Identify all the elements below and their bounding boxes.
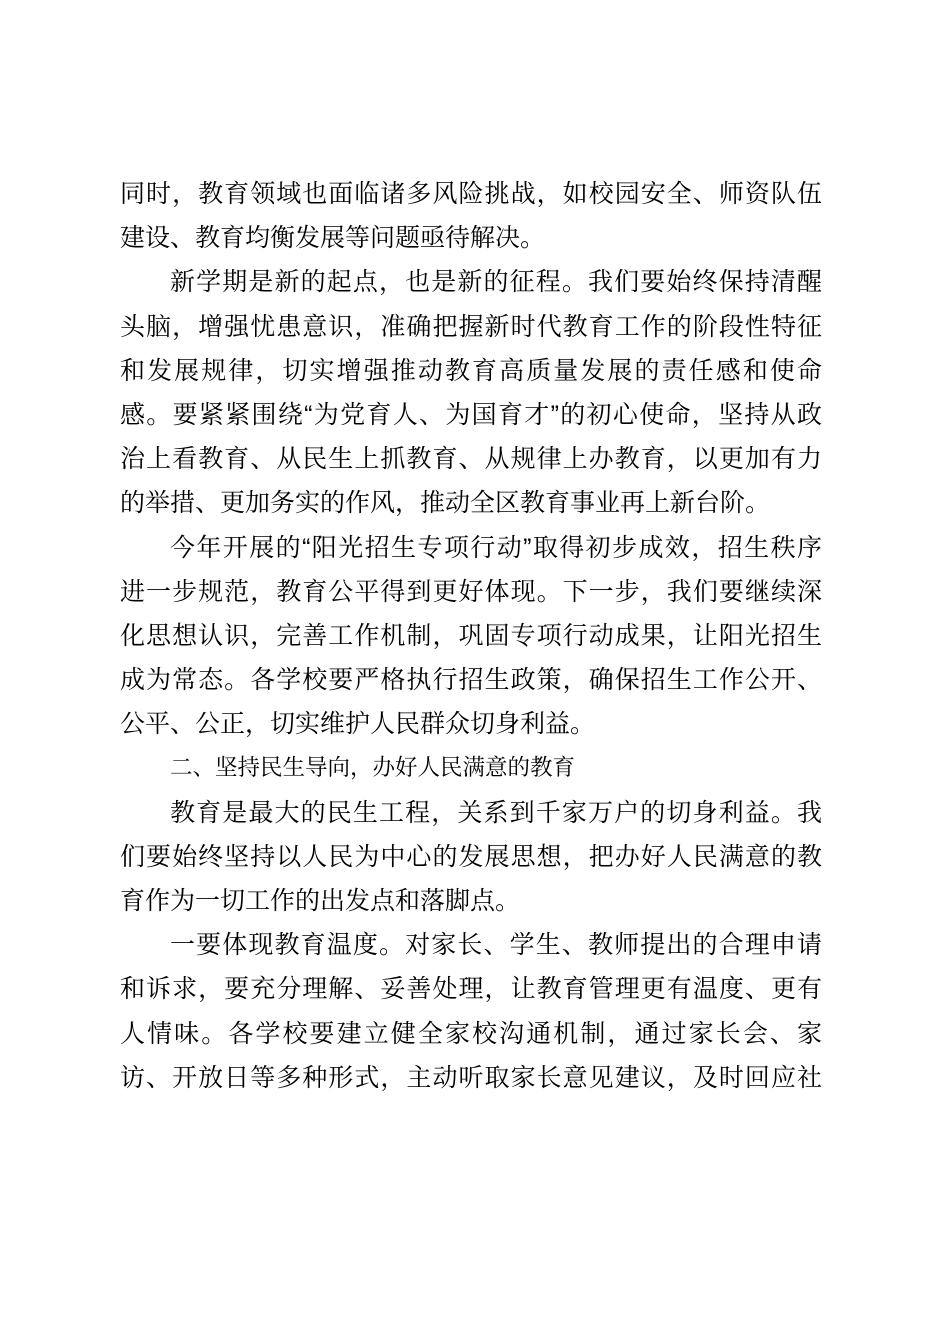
text-line: 访、开放日等多种形式，主动听取家长意见建议，及时回应社 bbox=[120, 1056, 822, 1100]
text-line: 们要始终坚持以人民为中心的发展思想，把办好人民满意的教 bbox=[120, 835, 822, 879]
text-line: 治上看教育、从民生上抓教育、从规律上办教育，以更加有力 bbox=[120, 437, 822, 481]
text-line: 建设、教育均衡发展等问题亟待解决。 bbox=[120, 216, 822, 260]
text-line: 化思想认识，完善工作机制，巩固专项行动成果，让阳光招生 bbox=[120, 614, 822, 658]
text-line: 今年开展的“阳光招生专项行动”取得初步成效，招生秩序 bbox=[120, 526, 822, 570]
paragraph: 一要体现教育温度。对家长、学生、教师提出的合理申请 和诉求，要充分理解、妥善处理… bbox=[120, 923, 822, 1100]
text-line: 和发展规律，切实增强推动教育高质量发展的责任感和使命 bbox=[120, 349, 822, 393]
paragraph: 二、坚持民生导向，办好人民满意的教育 bbox=[120, 746, 822, 790]
text-line: 感。要紧紧围绕“为党育人、为国育才”的初心使命，坚持从政 bbox=[120, 393, 822, 437]
text-line: 的举措、更加务实的作风，推动全区教育事业再上新台阶。 bbox=[120, 481, 822, 525]
text-line: 公平、公正，切实维护人民群众切身利益。 bbox=[120, 702, 822, 746]
text-line: 成为常态。各学校要严格执行招生政策，确保招生工作公开、 bbox=[120, 658, 822, 702]
text-line: 和诉求，要充分理解、妥善处理，让教育管理更有温度、更有 bbox=[120, 967, 822, 1011]
paragraph: 同时，教育领域也面临诸多风险挑战，如校园安全、师资队伍 建设、教育均衡发展等问题… bbox=[120, 172, 822, 260]
text-line: 教育是最大的民生工程，关系到千家万户的切身利益。我 bbox=[120, 791, 822, 835]
paragraph: 新学期是新的起点，也是新的征程。我们要始终保持清醒 头脑，增强忧患意识，准确把握… bbox=[120, 260, 822, 525]
text-line: 一要体现教育温度。对家长、学生、教师提出的合理申请 bbox=[120, 923, 822, 967]
text-line: 头脑，增强忧患意识，准确把握新时代教育工作的阶段性特征 bbox=[120, 305, 822, 349]
text-line: 进一步规范，教育公平得到更好体现。下一步，我们要继续深 bbox=[120, 570, 822, 614]
document-page: 同时，教育领域也面临诸多风险挑战，如校园安全、师资队伍 建设、教育均衡发展等问题… bbox=[0, 0, 950, 1344]
section-heading: 二、坚持民生导向，办好人民满意的教育 bbox=[120, 746, 822, 790]
text-line: 人情味。各学校要建立健全家校沟通机制，通过家长会、家 bbox=[120, 1012, 822, 1056]
text-line: 新学期是新的起点，也是新的征程。我们要始终保持清醒 bbox=[120, 260, 822, 304]
paragraph: 今年开展的“阳光招生专项行动”取得初步成效，招生秩序 进一步规范，教育公平得到更… bbox=[120, 526, 822, 747]
paragraph: 教育是最大的民生工程，关系到千家万户的切身利益。我 们要始终坚持以人民为中心的发… bbox=[120, 791, 822, 924]
text-line: 同时，教育领域也面临诸多风险挑战，如校园安全、师资队伍 bbox=[120, 172, 822, 216]
text-block: 同时，教育领域也面临诸多风险挑战，如校园安全、师资队伍 建设、教育均衡发展等问题… bbox=[120, 172, 822, 1100]
text-line: 育作为一切工作的出发点和落脚点。 bbox=[120, 879, 822, 923]
